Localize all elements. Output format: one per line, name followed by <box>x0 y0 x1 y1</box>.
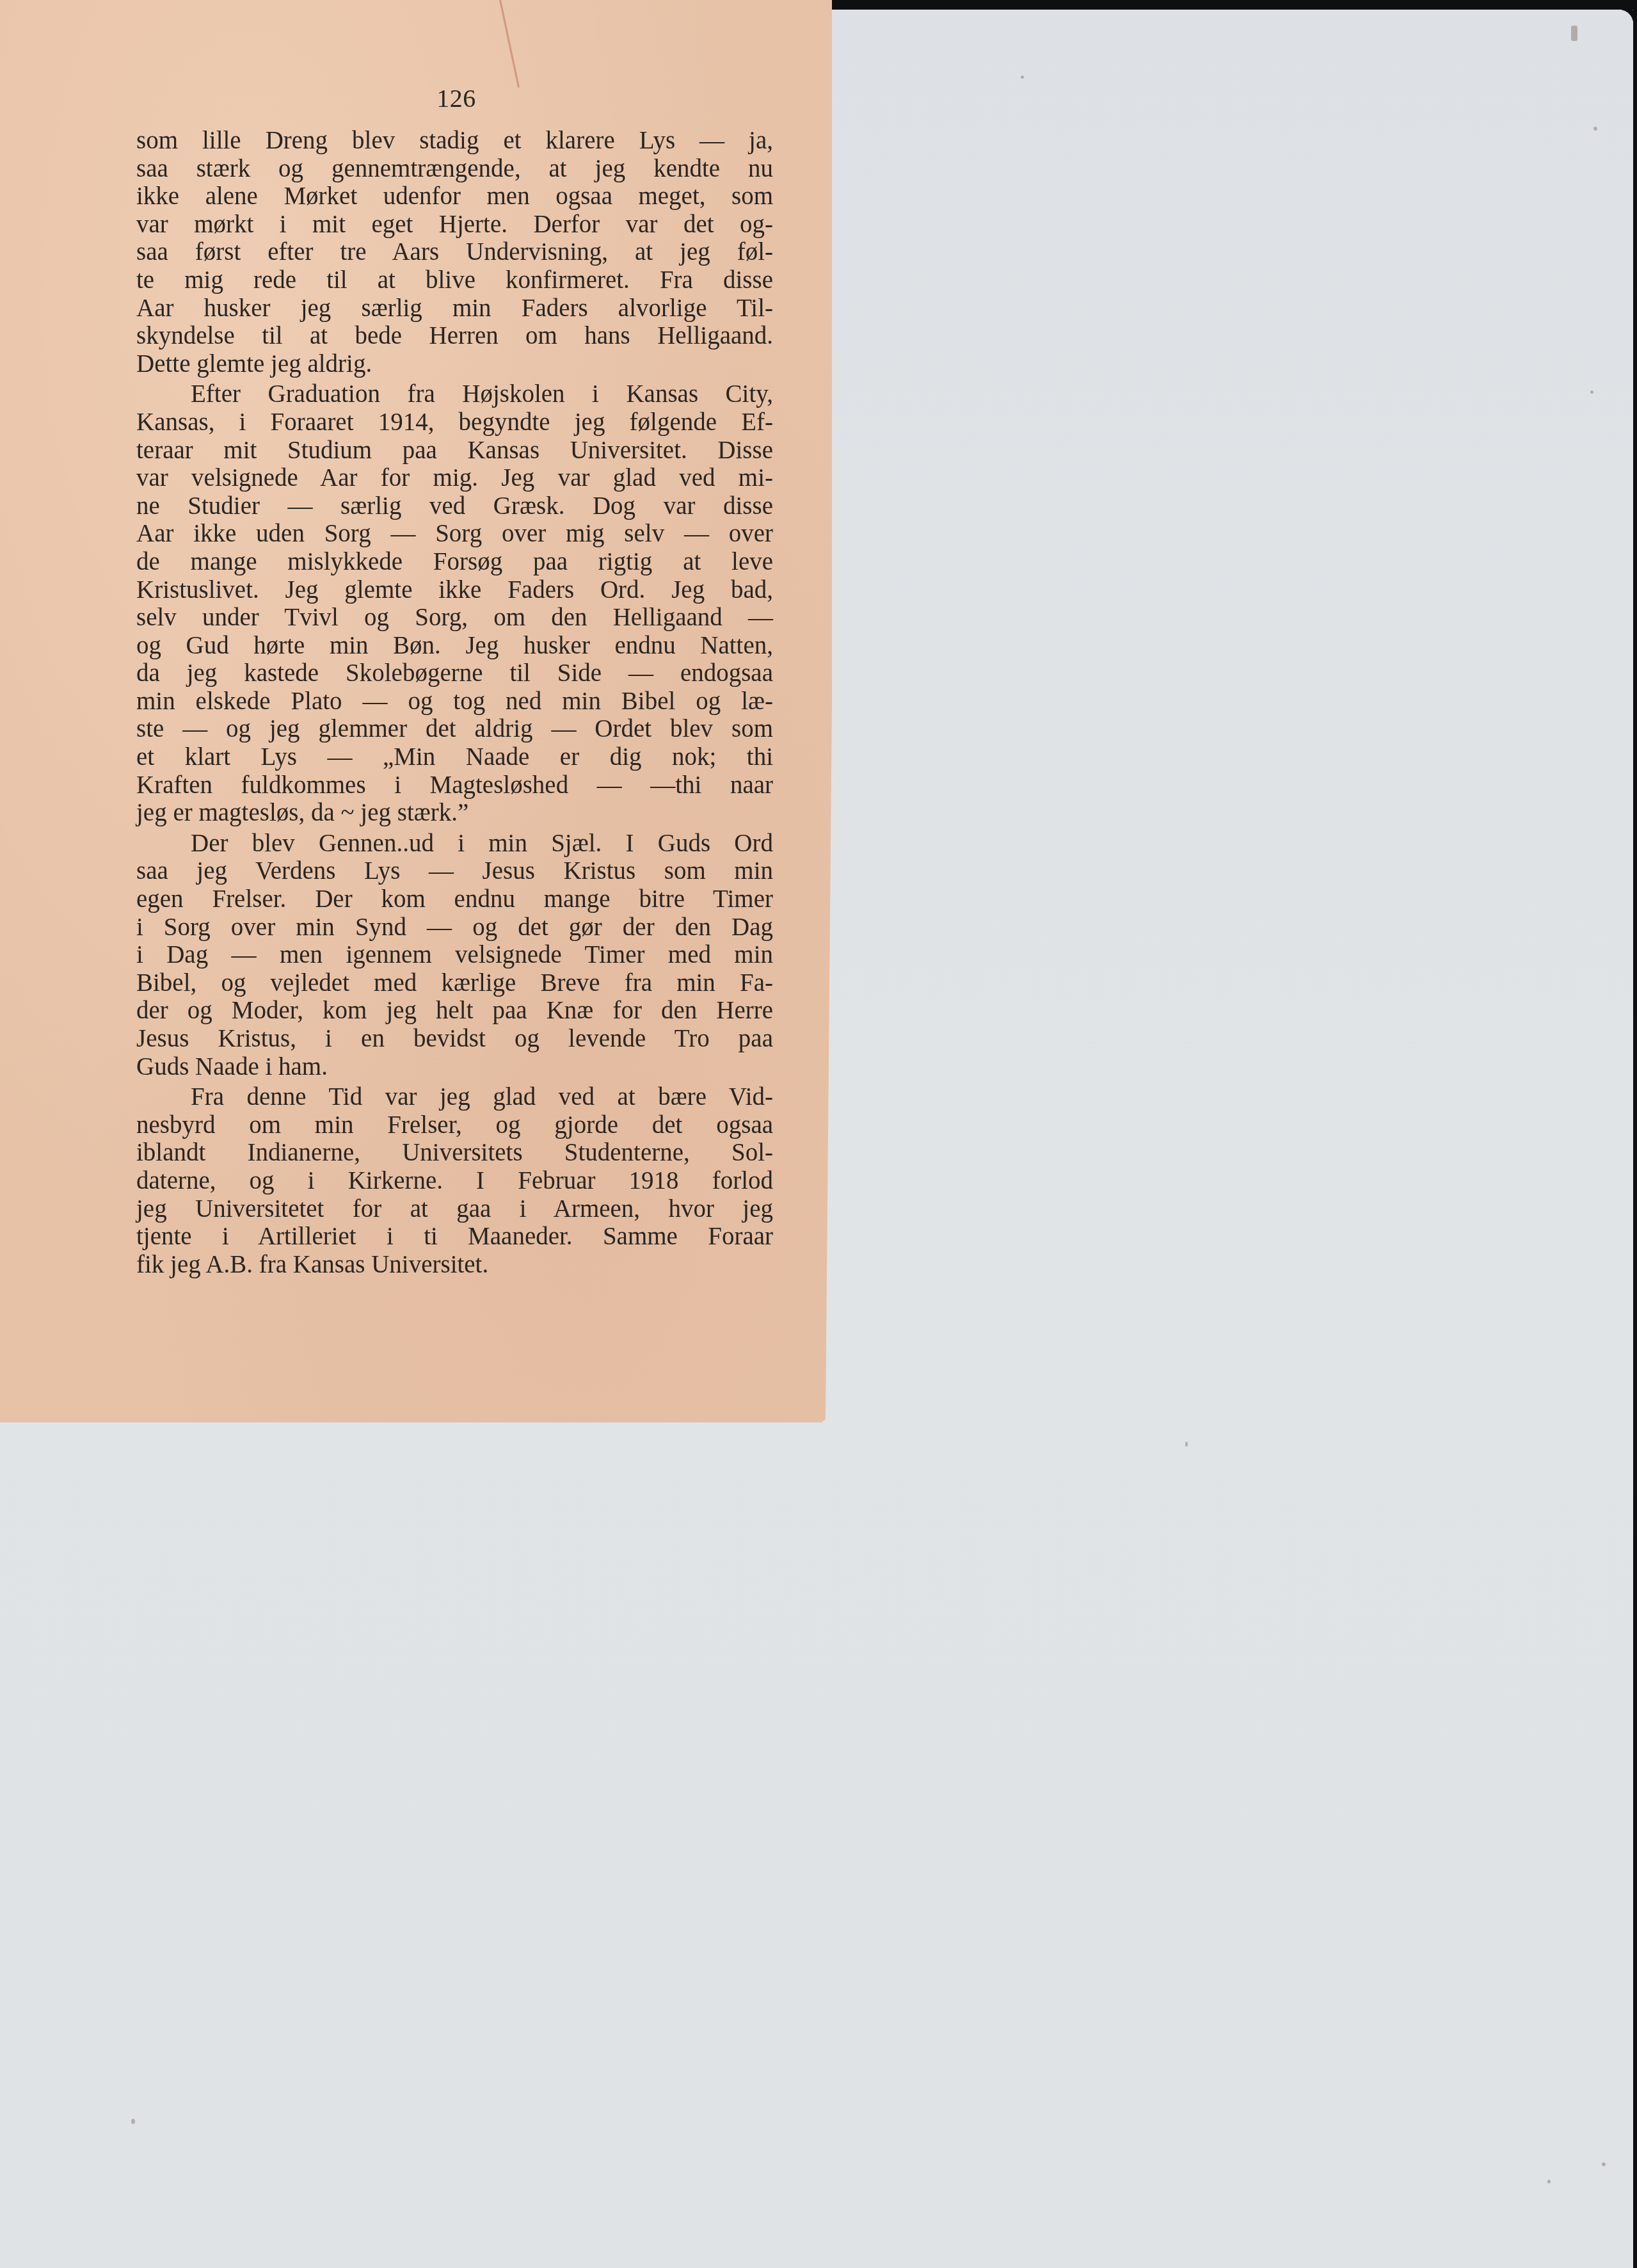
text-line: min elskede Plato — og tog ned min Bibel… <box>136 688 773 716</box>
text-line: i Dag — men igennem velsignede Timer med… <box>136 941 773 969</box>
text-line: ste — og jeg glemmer det aldrig — Ordet … <box>136 715 773 743</box>
text-line: egen Frelser. Der kom endnu mange bitre … <box>136 885 773 913</box>
text-line: Jesus Kristus, i en bevidst og levende T… <box>136 1025 773 1053</box>
text-line: som lille Dreng blev stadig et klarere L… <box>136 127 773 155</box>
dust-speck <box>131 2119 135 2124</box>
text-line: da jeg kastede Skolebøgerne til Side — e… <box>136 659 773 688</box>
text-line: nesbyrd om min Frelser, og gjorde det og… <box>136 1111 773 1139</box>
text-line: var velsignede Aar for mig. Jeg var glad… <box>136 464 773 492</box>
text-line: Bibel, og vejledet med kærlige Breve fra… <box>136 969 773 997</box>
body-text: som lille Dreng blev stadig et klarere L… <box>136 127 773 1278</box>
text-line: skyndelse til at bede Herren om hans Hel… <box>136 322 773 350</box>
text-line: iblandt Indianerne, Universitets Student… <box>136 1139 773 1167</box>
dust-speck <box>1185 1442 1188 1447</box>
dust-speck <box>1602 2162 1606 2166</box>
paragraph: Efter Graduation fra Højskolen i Kansas … <box>136 380 773 827</box>
text-line: i Sorg over min Synd — og det gør der de… <box>136 913 773 942</box>
text-line: og Gud hørte min Bøn. Jeg husker endnu N… <box>136 632 773 660</box>
text-line: et klart Lys — „Min Naade er dig nok; th… <box>136 743 773 771</box>
text-line: Aar husker jeg særlig min Faders alvorli… <box>136 294 773 323</box>
text-line: te mig rede til at blive konfirmeret. Fr… <box>136 266 773 294</box>
page-number: 126 <box>392 83 520 113</box>
text-line: Aar ikke uden Sorg — Sorg over mig selv … <box>136 520 773 548</box>
text-line: daterne, og i Kirkerne. I Februar 1918 f… <box>136 1167 773 1195</box>
dust-speck <box>1593 127 1597 131</box>
text-line: de mange mislykkede Forsøg paa rigtig at… <box>136 548 773 576</box>
text-line: Dette glemte jeg aldrig. <box>136 350 773 378</box>
dust-speck <box>1021 76 1024 79</box>
text-line: jeg er magtesløs, da ~ jeg stærk.” <box>136 799 773 827</box>
text-line: der og Moder, kom jeg helt paa Knæ for d… <box>136 997 773 1025</box>
text-line: Fra denne Tid var jeg glad ved at bære V… <box>136 1083 773 1111</box>
text-line: tjente i Artilleriet i ti Maaneder. Samm… <box>136 1223 773 1251</box>
text-line: Kristuslivet. Jeg glemte ikke Faders Ord… <box>136 576 773 604</box>
dust-speck <box>1571 26 1577 41</box>
dust-speck <box>1547 2180 1551 2184</box>
text-line: saa først efter tre Aars Undervisning, a… <box>136 238 773 266</box>
text-line: Der blev Gennen..ud i min Sjæl. I Guds O… <box>136 830 773 858</box>
text-line: saa stærk og gennemtrængende, at jeg ken… <box>136 155 773 183</box>
text-line: Guds Naade i ham. <box>136 1053 773 1081</box>
scanned-page: 126 som lille Dreng blev stadig et klare… <box>0 0 832 1422</box>
text-line: jeg Universitetet for at gaa i Armeen, h… <box>136 1195 773 1223</box>
text-line: teraar mit Studium paa Kansas Universite… <box>136 437 773 465</box>
paragraph: Fra denne Tid var jeg glad ved at bære V… <box>136 1083 773 1278</box>
paragraph: Der blev Gennen..ud i min Sjæl. I Guds O… <box>136 830 773 1081</box>
text-line: fik jeg A.B. fra Kansas Universitet. <box>136 1251 773 1279</box>
scanner-top-edge <box>832 0 1637 10</box>
paper-crease <box>499 0 520 88</box>
text-line: Kansas, i Foraaret 1914, begyndte jeg fø… <box>136 408 773 437</box>
text-line: Efter Graduation fra Højskolen i Kansas … <box>136 380 773 408</box>
text-line: ikke alene Mørket udenfor men ogsaa mege… <box>136 182 773 211</box>
text-line: ne Studier — særlig ved Græsk. Dog var d… <box>136 492 773 520</box>
dust-speck <box>1590 390 1593 394</box>
paragraph: som lille Dreng blev stadig et klarere L… <box>136 127 773 378</box>
scanner-right-edge <box>1633 0 1637 2268</box>
text-line: Kraften fuldkommes i Magtesløshed — —thi… <box>136 771 773 800</box>
text-line: var mørkt i mit eget Hjerte. Derfor var … <box>136 211 773 239</box>
text-line: selv under Tvivl og Sorg, om den Helliga… <box>136 604 773 632</box>
text-line: saa jeg Verdens Lys — Jesus Kristus som … <box>136 857 773 885</box>
